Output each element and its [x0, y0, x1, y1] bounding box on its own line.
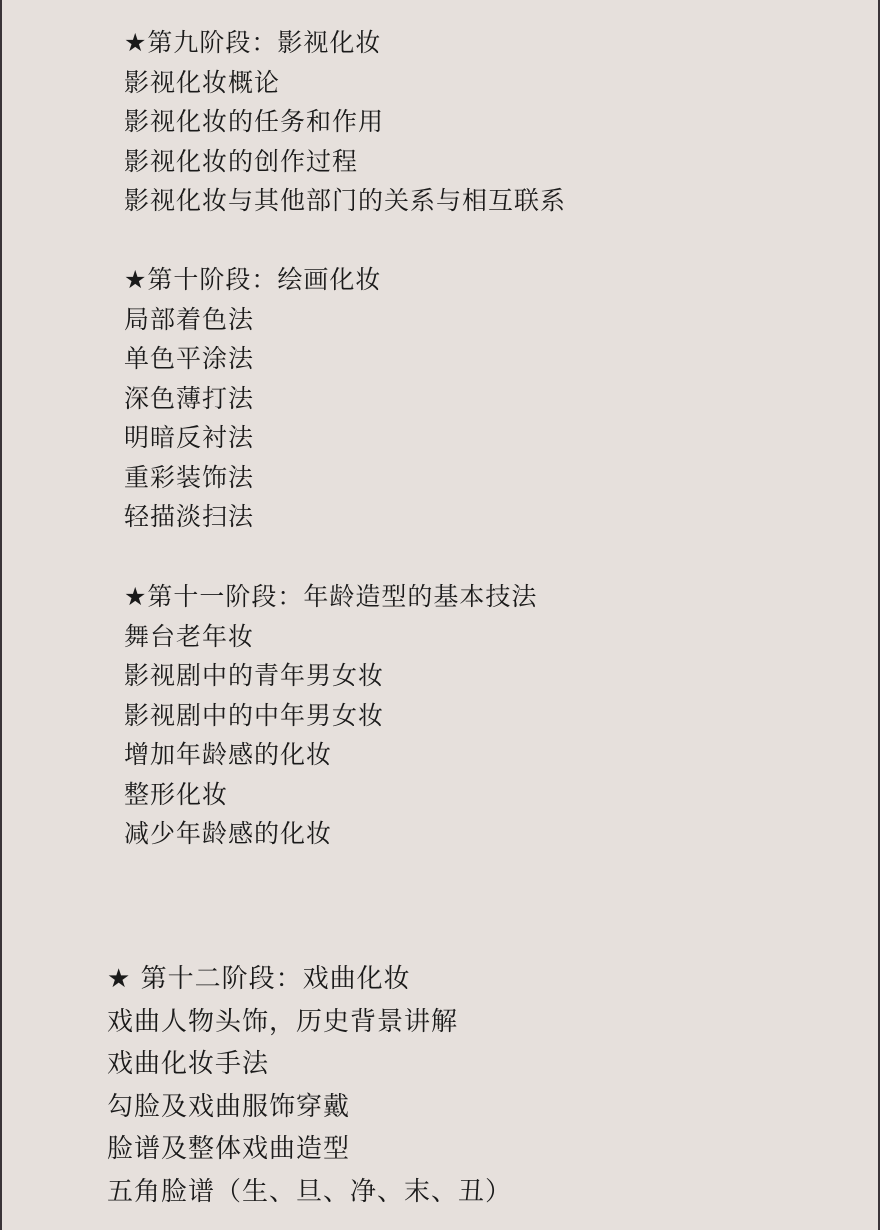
list-item: 减少年龄感的化妆	[124, 814, 537, 854]
list-item: 影视剧中的中年男女妆	[124, 696, 537, 736]
section-heading: ★第十一阶段：年龄造型的基本技法	[124, 577, 537, 617]
section-stage-12: ★ 第十二阶段：戏曲化妆 戏曲人物头饰，历史背景讲解 戏曲化妆手法 勾脸及戏曲服…	[107, 958, 512, 1213]
section-heading: ★ 第十二阶段：戏曲化妆	[107, 958, 512, 1001]
list-item: 影视化妆的创作过程	[124, 142, 566, 182]
list-item: 脸谱及整体戏曲造型	[107, 1128, 512, 1171]
section-stage-9: ★第九阶段：影视化妆 影视化妆概论 影视化妆的任务和作用 影视化妆的创作过程 影…	[124, 23, 566, 221]
section-stage-10: ★第十阶段：绘画化妆 局部着色法 单色平涂法 深色薄打法 明暗反衬法 重彩装饰法…	[124, 260, 381, 537]
list-item: 局部着色法	[124, 300, 381, 340]
list-item: 影视化妆概论	[124, 63, 566, 103]
list-item: 影视剧中的青年男女妆	[124, 656, 537, 696]
list-item: 重彩装饰法	[124, 458, 381, 498]
list-item: 单色平涂法	[124, 339, 381, 379]
list-item: 戏曲人物头饰，历史背景讲解	[107, 1001, 512, 1044]
section-heading: ★第十阶段：绘画化妆	[124, 260, 381, 300]
list-item: 勾脸及戏曲服饰穿戴	[107, 1086, 512, 1129]
list-item: 增加年龄感的化妆	[124, 735, 537, 775]
list-item: 深色薄打法	[124, 379, 381, 419]
section-heading: ★第九阶段：影视化妆	[124, 23, 566, 63]
list-item: 戏曲化妆手法	[107, 1043, 512, 1086]
list-item: 明暗反衬法	[124, 418, 381, 458]
list-item: 轻描淡扫法	[124, 497, 381, 537]
list-item: 五角脸谱（生、旦、净、末、丑）	[107, 1171, 512, 1214]
list-item: 整形化妆	[124, 775, 537, 815]
section-stage-11: ★第十一阶段：年龄造型的基本技法 舞台老年妆 影视剧中的青年男女妆 影视剧中的中…	[124, 577, 537, 854]
list-item: 影视化妆与其他部门的关系与相互联系	[124, 181, 566, 221]
list-item: 舞台老年妆	[124, 617, 537, 657]
list-item: 影视化妆的任务和作用	[124, 102, 566, 142]
